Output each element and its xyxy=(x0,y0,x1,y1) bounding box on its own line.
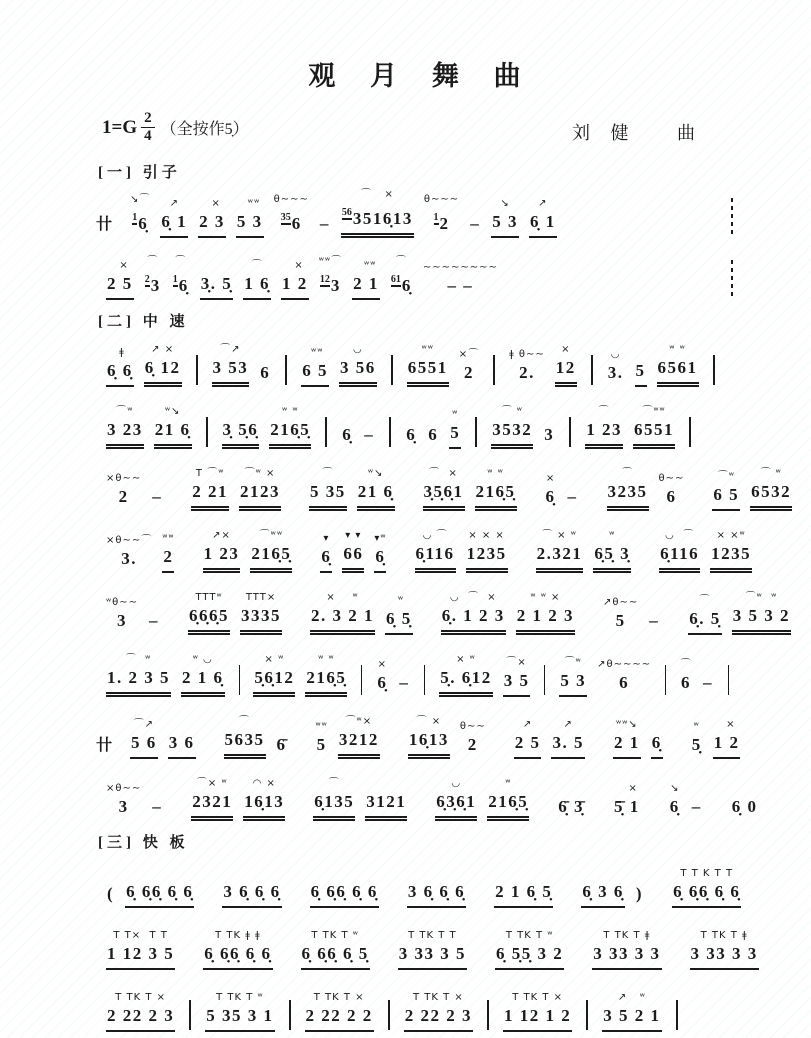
note-group: ʷʷ5 3 xyxy=(236,198,264,238)
score-line: 卄⌒↗5 6 3 6⌒5635 6̄ʷʷ5⌒ʷ×3212⌒ ×16̣13θ∼∼2… xyxy=(96,707,733,759)
notes: 6̣ 6̣ xyxy=(106,360,134,387)
note-group: ʷ ʷ216̣5̣ xyxy=(475,468,517,511)
note-group: 6̣ xyxy=(405,411,417,449)
notes: 3 xyxy=(116,610,128,635)
notes: 5 xyxy=(615,610,627,635)
ornament-marks: ◠ × xyxy=(253,778,276,791)
notes: 6561 xyxy=(657,357,699,387)
ornament-marks: ↗ xyxy=(538,198,547,211)
notes: 3̣. 5̣ xyxy=(200,273,234,300)
note-group: T TK T ʷ6̣ 5̣5̣ 3 2 xyxy=(495,930,564,970)
measure: ◡ ⌒6̣116× ×ʷ1235 xyxy=(654,530,757,573)
ornament-marks: × ʷ xyxy=(265,654,285,667)
note-group: ⌒×3 5 xyxy=(503,657,531,697)
ornament-marks: ʷ↘ xyxy=(165,406,181,419)
notes: 2 1 2 3 xyxy=(516,605,575,635)
note-group: 3 xyxy=(543,411,555,449)
notes: 216̣5̣ xyxy=(305,667,347,697)
note-group: 6̣̄ 3̣̄ xyxy=(557,783,585,821)
note-group: ⌒ ʷ1. 2 3 5 xyxy=(106,654,171,697)
score-line: ǂ6̣ 6̣↗ ×6̣ 12⌒↗3 53 6 ʷʷ6 5◡3 56ʷʷ6551×… xyxy=(96,335,733,387)
note-group: 3̣ 5̣6̣ xyxy=(222,406,260,449)
measure: ʷθ∼∼3 – xyxy=(101,597,165,635)
measure: 3 6̣ 6̣ 6̣ xyxy=(402,868,471,908)
barline xyxy=(728,665,729,695)
note-group: ↗θ∼∼5 xyxy=(603,597,638,635)
measure: ǂ6̣ 6̣↗ ×6̣ 12 xyxy=(101,344,187,387)
measure: T TK T ʷ5 35 3 1 xyxy=(200,992,279,1032)
note-group: ◡ ⌒ ×6̣. 1 2 3 xyxy=(441,592,506,635)
ornament-marks: × × × xyxy=(468,530,505,543)
notes: 5 35 xyxy=(309,481,347,511)
ornament-marks: T TK T ǂ xyxy=(603,930,650,943)
note-group: ×θ∼∼⌒3. xyxy=(106,535,152,573)
ornament-marks: × xyxy=(286,260,304,273)
ornament-marks: ʷ ʷ xyxy=(487,468,503,481)
grace-note: 12 xyxy=(320,274,330,287)
score-line: ×θ∼∼3 –⌒× ʷ2321◠ ×16̣13⌒6̣135 3121◡6̣3̣6… xyxy=(96,769,733,821)
note-group: ⌒6̣135 xyxy=(313,778,355,821)
notes: 1 2 xyxy=(281,273,309,300)
note-group: – xyxy=(398,659,410,697)
line-prefix-mark: 卄 xyxy=(96,732,112,755)
note-group: ⌒× ʷ2321 xyxy=(191,778,233,821)
ornament-marks: ⌒ ʷ xyxy=(502,406,523,419)
ornament-marks: ʷʷ↘ xyxy=(616,719,638,732)
notes: 6̣ xyxy=(374,546,386,573)
note-group: ↘6̣ xyxy=(669,783,681,821)
ornament-marks: T T K T T xyxy=(680,868,733,881)
notes: 2 xyxy=(162,546,174,573)
note-group: ǂ6̣ 6̣ xyxy=(106,347,134,387)
barline xyxy=(475,417,477,447)
ornament-marks: ↗θ∼∼ xyxy=(603,597,638,610)
ornament-marks xyxy=(409,411,413,424)
measure: T TK T ʷ6̣ 5̣5̣ 3 2 xyxy=(490,930,569,970)
notes: 3̣5̣6̣1 xyxy=(423,481,465,511)
note-group: × ʷ5̣. 6̣12 xyxy=(439,654,493,697)
score-line: ʷθ∼∼3 –TTTʷ6̣6̣6̣5TTT×3335× ʷ2. 3 2 1 ʷ6… xyxy=(96,583,733,635)
ornament-marks: ↗θ∼∼∼∼ xyxy=(597,659,651,672)
notes: 5635 xyxy=(224,729,266,759)
ornament-marks xyxy=(655,719,659,732)
note-group: ʷʷ⌒123 xyxy=(319,256,342,300)
notes: 1235 xyxy=(466,543,508,573)
barline xyxy=(206,417,208,447)
ornament-marks: θ∼∼∼ xyxy=(424,194,459,207)
score-line: ⌒ʷ3 23ʷ↘21 6̣ 3̣ 5̣6̣ʷ ʷ216̣5̣ 6̣ – 6̣ 6… xyxy=(96,397,733,449)
grace-note: 1 xyxy=(434,212,439,225)
notes: – xyxy=(567,486,579,511)
notes: 6̄ xyxy=(276,734,288,759)
measure: ◡ ⌒ ×6̣. 1 2 3ʷ ʷ ×2 1 2 3 xyxy=(436,592,580,635)
barline xyxy=(325,417,327,447)
notes: – xyxy=(648,610,660,635)
note-group: 6̣ 3 6̣ xyxy=(581,868,625,908)
meter-numerator: 2 xyxy=(141,111,155,128)
notes: 3335 xyxy=(240,605,282,635)
notes: 3121 xyxy=(365,791,407,821)
grace-note: 1 xyxy=(132,212,137,225)
notes: 6̣ 0 xyxy=(731,796,759,821)
ornament-marks: ⌒ × ʷ xyxy=(542,530,577,543)
ornament-marks xyxy=(367,411,371,424)
note-group: 5 xyxy=(635,347,647,387)
notes: 1. 2 3 5 xyxy=(106,667,171,697)
ornament-marks xyxy=(345,411,349,424)
note-group: × × ×1235 xyxy=(466,530,508,573)
note-group: ×⌒2 xyxy=(459,349,479,387)
measure: T TK T ǂ3 33 3 3 xyxy=(587,930,666,970)
measure: ⌒6̣. 5̣⌒ʷ ʷ3 5 3 2 xyxy=(683,592,796,635)
measure: TTTʷ6̣6̣6̣5TTT×3335 xyxy=(183,592,287,635)
time-signature: 2 4 xyxy=(141,111,155,144)
ornament-marks: × xyxy=(616,783,638,796)
note-group: ʷ216̣5̣ xyxy=(487,778,529,821)
notes: 6̣ 6̣6̣ 6̣ 6̣ xyxy=(310,881,379,908)
ornament-marks: ⌒ xyxy=(396,256,407,269)
notes: 6551 xyxy=(407,357,449,387)
barline xyxy=(665,665,666,695)
notes: 6532 xyxy=(750,481,792,511)
note-group: ⌒ʷ ×2123 xyxy=(239,468,281,511)
ornament-marks: T TK T ʷ xyxy=(216,992,264,1005)
note-group: ⌒ʷʷ6551 xyxy=(633,406,675,449)
score-line: ×2 5⌒23⌒16̣ 3̣. 5̣⌒1 6̣ ×1 2ʷʷ⌒123 ʷʷ2 1… xyxy=(96,248,733,300)
measure: ×θ∼∼⌒3.ʷʷ2 xyxy=(101,533,180,573)
note-group: ⌒ ʷ6532 xyxy=(750,468,792,511)
ornament-marks: ʷʷ xyxy=(356,260,377,273)
barline xyxy=(189,1000,191,1030)
measure: ×θ∼∼3 – xyxy=(101,783,168,821)
note-group: T TK T ×1 12 1 2 xyxy=(503,992,572,1032)
note-group: ↗6̣ 1 xyxy=(529,198,557,238)
notes: 2.321 xyxy=(536,543,584,573)
measure: ⌒ × ʷ2.321ʷ6̣5̣ 3̣ xyxy=(531,530,637,573)
ornament-marks: ⌒ʷ xyxy=(718,471,735,484)
notes: 6̣ xyxy=(320,546,332,573)
ornament-marks: θ∼∼ xyxy=(659,473,685,486)
ornament-marks: ⌒↗ xyxy=(220,344,240,357)
ornament-marks: T TK T × xyxy=(512,992,563,1005)
ornament-marks xyxy=(706,659,710,672)
barline xyxy=(389,417,391,447)
note-group: 3̣. 5̣ xyxy=(200,260,234,300)
note-group: ǂ θ∼∼2. xyxy=(509,349,545,387)
notes: 6̣ xyxy=(341,424,353,449)
ornament-marks: ʷ xyxy=(609,530,615,543)
notes: 66 xyxy=(342,543,364,573)
note-group: ◡ ⌒6̣116 xyxy=(659,530,700,573)
note-group: ↗2 5 xyxy=(514,719,542,759)
note-group: ⌒ × ʷ2.321 xyxy=(536,530,584,573)
ornament-marks: ⌒↗ xyxy=(134,719,154,732)
notes: 3 xyxy=(543,424,555,449)
notes: 6̣ 1 xyxy=(160,211,188,238)
measure: ↘⌒16̣↗6̣ 1 ×2 3 ʷʷ5 3θ∼∼∼356 –⌒ ×563516̣… xyxy=(125,189,562,238)
measure: 6̣ 6ʷ5 xyxy=(400,409,466,449)
notes: 16̣13 xyxy=(408,729,450,759)
note-group: ×1 2 xyxy=(281,260,309,300)
notes: 3 xyxy=(118,796,130,821)
notes: 2 1 6̣ 5̣ xyxy=(494,881,553,908)
note-group: ⌒16̣ xyxy=(172,256,190,300)
ornament-marks: ⌒ ʷ xyxy=(760,468,781,481)
note-group: ◡ ⌒6̣116 xyxy=(415,530,456,573)
note-group: θ∼∼2 xyxy=(460,721,486,759)
note-group: ⌒5 35 xyxy=(309,468,347,511)
note-group: ʷ↘21 6̣ xyxy=(357,468,395,511)
notes: 5 3 xyxy=(491,211,519,238)
ornament-marks: × xyxy=(203,198,221,211)
note-group: 6̣ 0 xyxy=(731,783,759,821)
notes: 12 xyxy=(555,357,577,387)
ornament-marks xyxy=(743,783,747,796)
ornament-marks: ∼∼∼∼∼∼∼∼ xyxy=(423,262,498,275)
section-label: [一] 引子 xyxy=(98,161,733,182)
composer-suffix: 曲 xyxy=(677,123,703,143)
note-group: ▾ ▾66 xyxy=(342,530,364,573)
ornament-marks: ×θ∼∼⌒ xyxy=(106,535,152,548)
ornament-marks: θ∼∼∼ xyxy=(274,194,309,207)
note-group: T T× T T1 12 3 5 xyxy=(106,930,175,970)
ornament-marks xyxy=(637,870,641,883)
meter-denominator: 4 xyxy=(144,128,152,144)
note-group: ⌒1 23 xyxy=(585,406,623,449)
note-group: ⌒ʷ×3212 xyxy=(338,716,380,759)
ornament-marks: T TK T T xyxy=(408,930,457,943)
note-group: 6̄ xyxy=(276,721,288,759)
measure: T TK T ×2 22 2 2 xyxy=(300,992,379,1032)
note-group: ×2 5 xyxy=(106,260,134,300)
note-group: ×θ∼∼2 xyxy=(106,473,141,511)
note-group: T TK T ×2 22 2 3 xyxy=(106,992,175,1032)
note-group: ⌒ ×563516̣13 xyxy=(341,189,414,238)
measure: ⌒5 35ʷ↘21 6̣ xyxy=(304,468,400,511)
note-group: ʷʷ5 xyxy=(316,721,328,759)
note-group: ↘5 3 xyxy=(491,198,519,238)
ornament-marks: ʷʷ xyxy=(422,344,434,357)
ornament-marks xyxy=(473,200,477,213)
notes: 5 3 xyxy=(236,211,264,238)
notes: 5 35 3 1 xyxy=(205,1005,274,1032)
note-group: ʷʷ6551 xyxy=(407,344,449,387)
note-group: – xyxy=(148,597,160,635)
measure: ⌒1 23⌒ʷʷ6551 xyxy=(580,406,680,449)
note-group: T ⌒ʷ2 21 xyxy=(191,468,229,511)
notes: 2. xyxy=(518,362,536,387)
ornament-marks: ⌒ʷʷ xyxy=(260,530,283,543)
barline xyxy=(424,665,425,695)
notes: 6̣ xyxy=(651,732,663,759)
notes: 3212 xyxy=(338,729,380,759)
notes: 2 22 2 2 xyxy=(305,1005,374,1032)
note-group: ⌒ ×3̣5̣6̣1 xyxy=(423,468,465,511)
ornament-marks: ⌒ × xyxy=(417,716,442,729)
note-group: ↗θ∼∼∼∼6 xyxy=(597,659,651,697)
note-group: ×6̣ xyxy=(545,473,557,511)
barline xyxy=(285,355,287,385)
notes: 3 5 3 2 xyxy=(732,605,791,635)
ornament-marks: ⌒ xyxy=(622,468,633,481)
key-signature: 1=G 2 4 （全按作5̣） xyxy=(102,111,249,144)
measure: ʷʷ↘2 1 6̣ xyxy=(608,719,668,759)
notes: 2321 xyxy=(191,791,233,821)
ornament-marks: × xyxy=(718,719,736,732)
ornament-marks: × ʷ xyxy=(326,592,358,605)
measure: × ʷ5̣. 6̣12⌒×3 5 xyxy=(434,654,535,697)
notes: 6̣3̣6̣1 xyxy=(435,791,477,821)
measure: ×6̣ – xyxy=(371,659,415,697)
notes: 2 22 2 3 xyxy=(404,1005,473,1032)
ornament-marks: ↗ xyxy=(523,719,532,732)
notes: 1 23 xyxy=(585,419,623,449)
note-group: ↗ ×6̣ 12 xyxy=(144,344,182,387)
ornament-marks xyxy=(570,473,574,486)
note-group: – xyxy=(702,659,714,697)
notes: 5̣. 6̣12 xyxy=(439,667,493,697)
measure: ⌒ ×16̣13θ∼∼2 xyxy=(403,716,491,759)
notes: 16̣ xyxy=(172,269,190,300)
note-group: ( xyxy=(106,870,115,908)
note-group: 3 6̣ 6̣ 6̣ xyxy=(222,868,281,908)
ornament-marks xyxy=(695,783,699,796)
note-group: ⌒ʷ3 23 xyxy=(106,406,144,449)
ornament-marks: ↗ × xyxy=(151,344,174,357)
notes: 5 3 xyxy=(559,670,587,697)
notes: 6̣ 5̣ xyxy=(385,608,413,635)
measure: T TK T ǂ3 33 3 3 xyxy=(685,930,764,970)
barline xyxy=(388,1000,390,1030)
notes: 356 xyxy=(280,207,303,238)
notes: 16̣13 xyxy=(243,791,285,821)
ornament-marks: TTT× xyxy=(246,592,276,605)
measure: ↗ ʷ3 5 2 1 xyxy=(597,992,666,1032)
measure: 6̣ 6̣6̣ 6̣ 6̣ xyxy=(305,868,384,908)
measure: ( 6̣ 6̣6̣ 6̣ 6̣ xyxy=(101,868,199,908)
note-group: ) xyxy=(635,870,644,908)
note-group: ▾ʷ6̣ xyxy=(374,533,386,573)
notes: 2 5 xyxy=(106,273,134,300)
notes: 6551 xyxy=(633,419,675,449)
notes: 5 6 xyxy=(130,732,158,759)
notes: 12 xyxy=(433,207,451,238)
notes: 6̣ xyxy=(376,672,388,697)
note-group: 6̣ xyxy=(651,719,663,759)
notes: 2 5 xyxy=(514,732,542,759)
ornament-marks xyxy=(108,870,112,883)
ornament-marks xyxy=(214,260,218,273)
ornament-marks: ⌒ʷ xyxy=(565,657,582,670)
ornament-marks: T TK T × xyxy=(115,992,166,1005)
note-group: – xyxy=(648,597,660,635)
ornament-marks: ʷ ʷ xyxy=(669,344,685,357)
ornament-marks: ǂ θ∼∼ xyxy=(509,349,545,362)
notes: 6̣116 xyxy=(659,543,700,573)
notes: 6̣6̣6̣5 xyxy=(188,605,230,635)
ornament-marks xyxy=(384,778,388,791)
notes: 3. xyxy=(120,548,138,573)
measure: ⌒ʷ3 23ʷ↘21 6̣ xyxy=(101,406,197,449)
ornament-marks: ⌒ xyxy=(700,595,711,608)
note-group: T T K T T6̣ 6̣6̣ 6̣ 6̣ xyxy=(672,868,741,908)
note-group: ʷ ʷ ×2 1 2 3 xyxy=(516,592,575,635)
note-group: ⌒3235 xyxy=(607,468,649,511)
notes: 6̣. 1 2 3 xyxy=(441,605,506,635)
note-group: – xyxy=(469,200,481,238)
note-group: ×5̣̄ 1 xyxy=(613,783,641,821)
line-prefix-mark: 卄 xyxy=(96,211,112,234)
ornament-marks: ʷʷ⌒ xyxy=(319,256,342,269)
measure: T TK T T3 33 3 5 xyxy=(393,930,472,970)
ornament-marks xyxy=(547,411,551,424)
ornament-marks: ↗ xyxy=(564,719,573,732)
grace-note: 2 xyxy=(145,274,150,287)
ornament-marks: ⌒ʷ × xyxy=(245,468,276,481)
ornament-marks: T TK T × xyxy=(314,992,365,1005)
notes: 563516̣13 xyxy=(341,202,414,238)
grace-note: 61 xyxy=(391,274,401,287)
tuning-note: （全按作5̣） xyxy=(161,116,249,139)
notes: 6̣116 xyxy=(415,543,456,573)
note-group: ʷθ∼∼3 xyxy=(106,597,138,635)
ornament-marks xyxy=(152,597,156,610)
measure: T T× T T1 12 3 5 xyxy=(101,930,180,970)
notes: 3 5 2 1 xyxy=(602,1005,661,1032)
score-line: ⌒ ʷ1. 2 3 5ʷ ◡2 1 6̣× ʷ5̣6̣12ʷ ʷ216̣5̣×6… xyxy=(96,645,733,697)
ornament-marks: ⌒ʷ× xyxy=(346,716,373,729)
ornament-marks: θ∼∼ xyxy=(460,721,486,734)
note-group: 6 xyxy=(427,411,439,449)
measure: 3̣ 5̣6̣ʷ ʷ216̣5̣ xyxy=(217,406,317,449)
notes: 6̣ 6̣6̣ 6̣ 6̣ xyxy=(203,943,272,970)
notes: 3 33 3 3 xyxy=(592,943,661,970)
section-label: [二] 中 速 xyxy=(98,310,733,331)
barline xyxy=(713,355,715,385)
ornament-marks xyxy=(155,473,159,486)
notes: 216̣5̣ xyxy=(269,419,311,449)
score-page: 观 月 舞 曲 1=G 2 4 （全按作5̣） 刘 健 曲 [一] 引子卄↘⌒1… xyxy=(0,0,811,1032)
note-group: ↗×1 23 xyxy=(203,530,241,573)
note-group: 3 6̣ 6̣ 6̣ xyxy=(407,868,466,908)
notes: 6̣ xyxy=(545,486,557,511)
meta-row: 1=G 2 4 （全按作5̣） 刘 健 曲 xyxy=(96,111,733,151)
note-group: × ʷ5̣6̣12 xyxy=(253,654,295,697)
measure: × ʷ2. 3 2 1 ʷ6̣ 5̣ xyxy=(305,592,418,635)
ornament-marks: ʷʷ xyxy=(316,721,328,734)
barline xyxy=(676,1000,678,1030)
measure: ×2 5⌒23⌒16̣ 3̣. 5̣⌒1 6̣ ×1 2ʷʷ⌒123 ʷʷ2 1… xyxy=(101,256,503,300)
score: [一] 引子卄↘⌒16̣↗6̣ 1 ×2 3 ʷʷ5 3θ∼∼∼356 –⌒ ×… xyxy=(96,161,733,1032)
ornament-marks: ×⌒ xyxy=(459,349,479,362)
notes: 6̣ 12 xyxy=(144,357,182,387)
measure: T ⌒ʷ2 21⌒ʷ ×2123 xyxy=(186,468,286,511)
note-group: 3121 xyxy=(365,778,407,821)
note-group: – xyxy=(363,411,375,449)
measure: 6̣ – xyxy=(336,411,380,449)
note-group: ⌒ʷʷ216̣5̣ xyxy=(250,530,292,573)
barline xyxy=(544,665,545,695)
note-group: ⌒6 xyxy=(680,659,692,697)
notes: 616̣ xyxy=(390,269,413,300)
ornament-marks: ⌒ʷʷ xyxy=(642,406,665,419)
note-group: ↗6̣ 1 xyxy=(160,198,188,238)
barline xyxy=(361,665,362,695)
notes: 5 xyxy=(316,734,328,759)
note-group: – xyxy=(567,473,579,511)
barline xyxy=(196,355,198,385)
notes: 6 5 xyxy=(301,360,329,387)
